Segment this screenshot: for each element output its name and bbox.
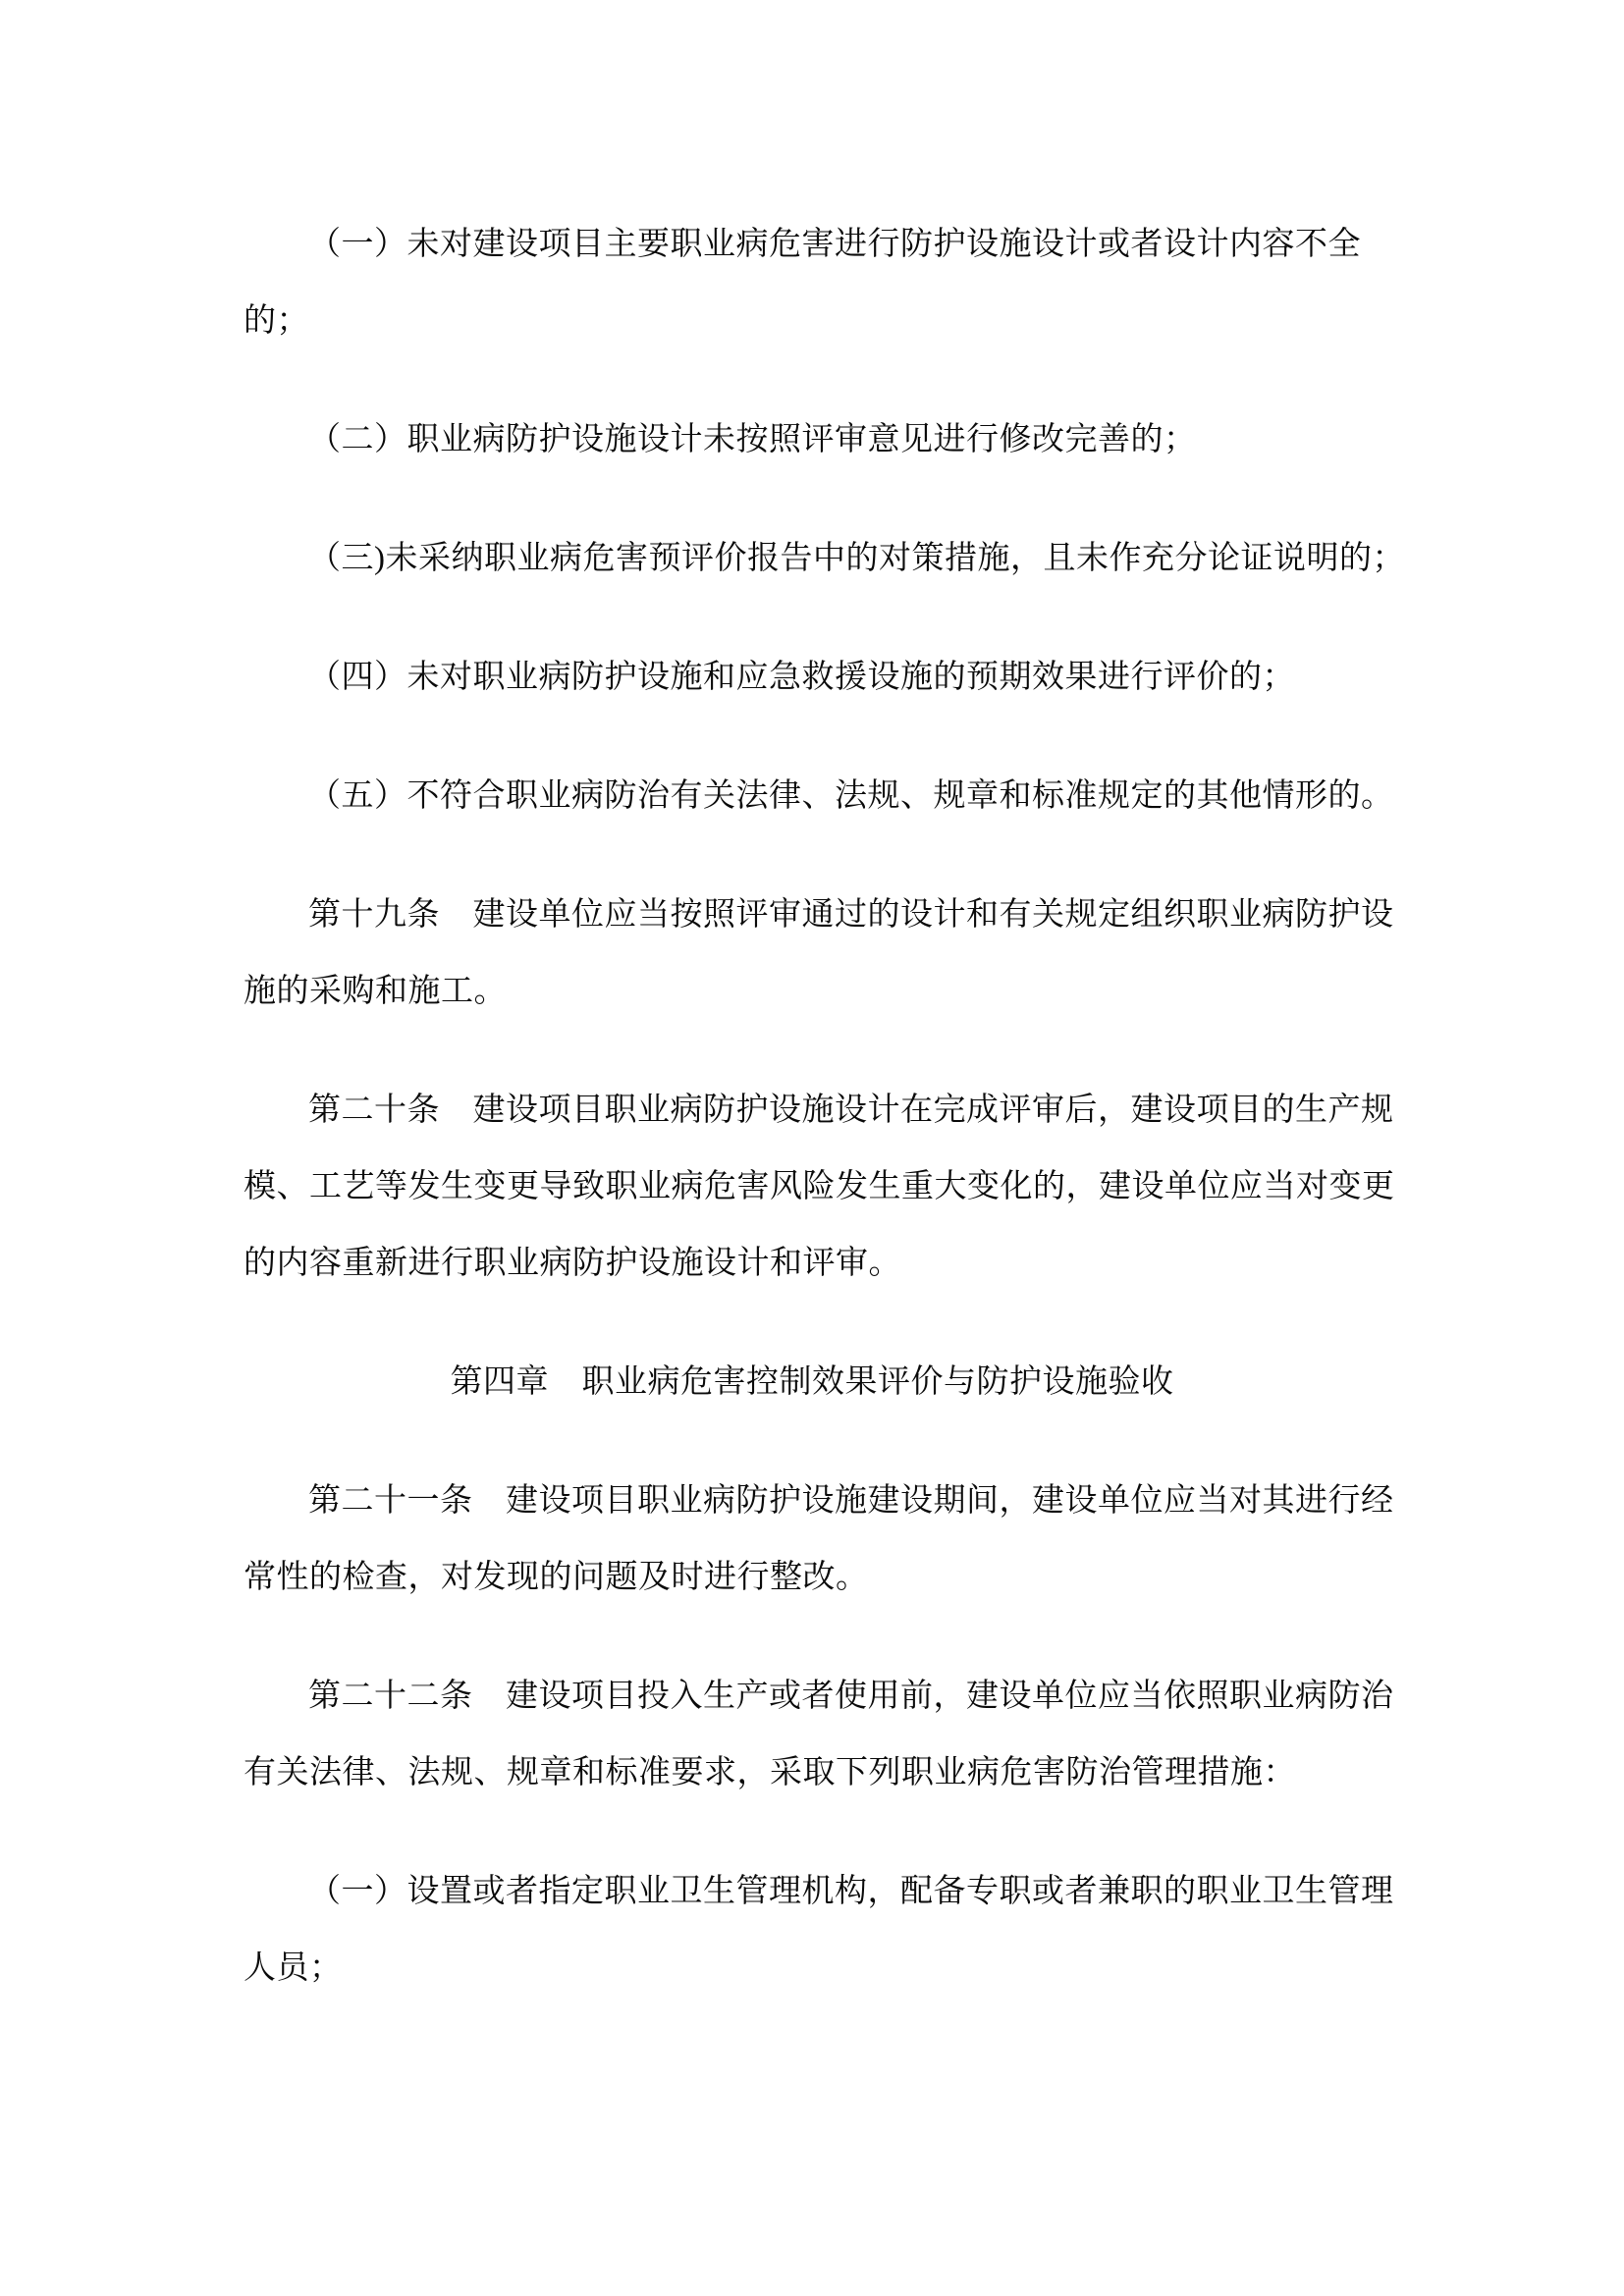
text-line: 第二十条 建设项目职业病防护设施设计在完成评审后，建设项目的生产规 bbox=[244, 1072, 1380, 1148]
text-line: （五）不符合职业病防治有关法律、法规、规章和标准规定的其他情形的。 bbox=[244, 758, 1380, 834]
text-line: 人员； bbox=[244, 1930, 1380, 2006]
paragraph: 第二十条 建设项目职业病防护设施设计在完成评审后，建设项目的生产规模、工艺等发生… bbox=[244, 1072, 1380, 1302]
paragraph: 第二十二条 建设项目投入生产或者使用前，建设单位应当依照职业病防治有关法律、法规… bbox=[244, 1658, 1380, 1811]
text-line: 第二十一条 建设项目职业病防护设施建设期间，建设单位应当对其进行经 bbox=[244, 1463, 1380, 1539]
document-body: （一）未对建设项目主要职业病危害进行防护设施设计或者设计内容不全的；（二）职业病… bbox=[244, 206, 1380, 2006]
text-line: （一）未对建设项目主要职业病危害进行防护设施设计或者设计内容不全 bbox=[244, 206, 1380, 283]
paragraph: 第二十一条 建设项目职业病防护设施建设期间，建设单位应当对其进行经常性的检查，对… bbox=[244, 1463, 1380, 1616]
text-line: 第二十二条 建设项目投入生产或者使用前，建设单位应当依照职业病防治 bbox=[244, 1658, 1380, 1735]
paragraph: 第十九条 建设单位应当按照评审通过的设计和有关规定组织职业病防护设施的采购和施工… bbox=[244, 877, 1380, 1030]
text-line: （三)未采纳职业病危害预评价报告中的对策措施，且未作充分论证说明的； bbox=[244, 520, 1380, 597]
chapter-heading-text: 第四章 职业病危害控制效果评价与防护设施验收 bbox=[244, 1344, 1380, 1420]
text-line: 模、工艺等发生变更导致职业病危害风险发生重大变化的，建设单位应当对变更 bbox=[244, 1148, 1380, 1225]
text-line: 的内容重新进行职业病防护设施设计和评审。 bbox=[244, 1225, 1380, 1302]
paragraph: （四）未对职业病防护设施和应急救援设施的预期效果进行评价的； bbox=[244, 639, 1380, 716]
text-line: 第十九条 建设单位应当按照评审通过的设计和有关规定组织职业病防护设 bbox=[244, 877, 1380, 953]
text-line: 常性的检查，对发现的问题及时进行整改。 bbox=[244, 1539, 1380, 1616]
text-line: 有关法律、法规、规章和标准要求，采取下列职业病危害防治管理措施： bbox=[244, 1735, 1380, 1811]
text-line: （二）职业病防护设施设计未按照评审意见进行修改完善的； bbox=[244, 401, 1380, 478]
text-line: 施的采购和施工。 bbox=[244, 953, 1380, 1030]
text-line: （四）未对职业病防护设施和应急救援设施的预期效果进行评价的； bbox=[244, 639, 1380, 716]
text-line: （一）设置或者指定职业卫生管理机构，配备专职或者兼职的职业卫生管理 bbox=[244, 1853, 1380, 1930]
paragraph: （三)未采纳职业病危害预评价报告中的对策措施，且未作充分论证说明的； bbox=[244, 520, 1380, 597]
document-page: （一）未对建设项目主要职业病危害进行防护设施设计或者设计内容不全的；（二）职业病… bbox=[0, 0, 1624, 2296]
paragraph: （一）未对建设项目主要职业病危害进行防护设施设计或者设计内容不全的； bbox=[244, 206, 1380, 359]
paragraph: （一）设置或者指定职业卫生管理机构，配备专职或者兼职的职业卫生管理人员； bbox=[244, 1853, 1380, 2006]
paragraph: （五）不符合职业病防治有关法律、法规、规章和标准规定的其他情形的。 bbox=[244, 758, 1380, 834]
text-line: 的； bbox=[244, 283, 1380, 359]
chapter-heading: 第四章 职业病危害控制效果评价与防护设施验收 bbox=[244, 1344, 1380, 1420]
paragraph: （二）职业病防护设施设计未按照评审意见进行修改完善的； bbox=[244, 401, 1380, 478]
